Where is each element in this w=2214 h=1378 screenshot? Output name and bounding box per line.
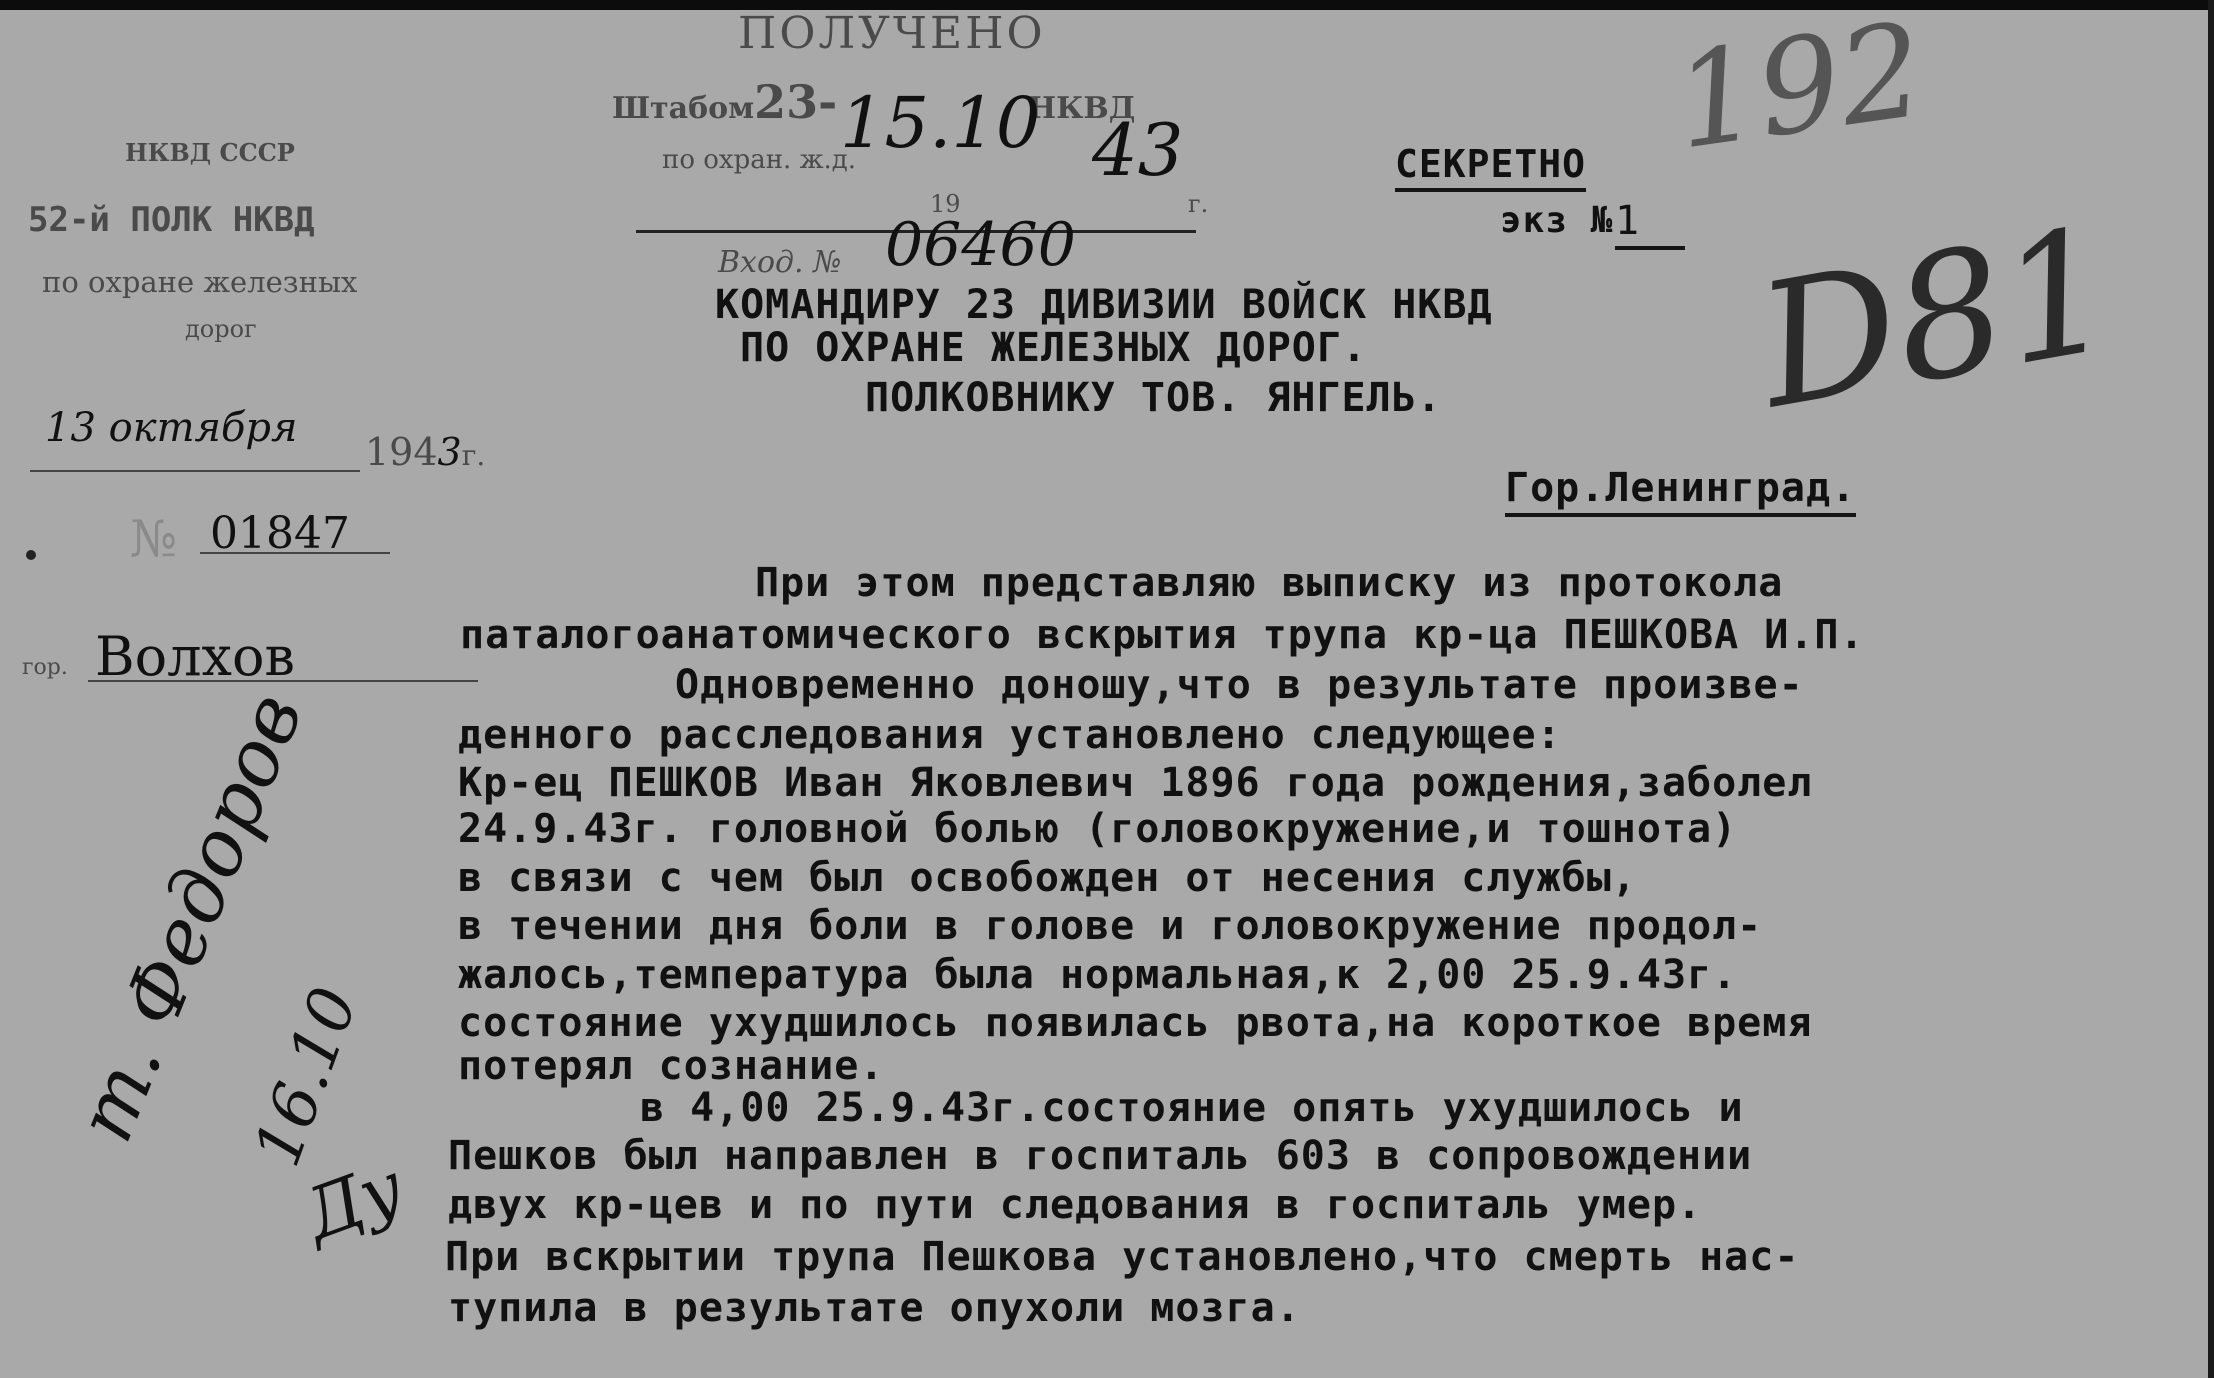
copy-number: 1 (1615, 198, 1685, 250)
number-underline (200, 552, 390, 554)
body-line: в связи с чем был освобожден от несения … (458, 855, 1637, 901)
addressee-line3: ПОЛКОВНИКУ ТОВ. ЯНГЕЛЬ. (865, 375, 1442, 421)
body-line: жалось,температура была нормальная,к 2,0… (458, 952, 1737, 998)
classification-label: СЕКРЕТНО (1395, 142, 1586, 192)
body-line: тупила в результате опухоли мозга. (448, 1285, 1301, 1331)
received-line2: по охран. ж.д. (662, 145, 856, 175)
body-line: 24.9.43г. головной болью (головокружение… (458, 806, 1737, 852)
body-line: потерял сознание. (458, 1043, 884, 1089)
scan-right-edge (2208, 0, 2214, 1378)
body-line: в течении дня боли в голове и головокруж… (458, 903, 1762, 949)
received-incoming-label: Вход. № (718, 245, 842, 280)
body-line: состояние ухудшилось появилась рвота,на … (458, 1000, 1812, 1046)
received-year-suffix: г. (1188, 190, 1208, 218)
body-line: двух кр-цев и по пути следования в госпи… (448, 1182, 1702, 1228)
body-line: паталогоанатомического вскрытия трупа кр… (460, 612, 1865, 658)
ink-dot (26, 550, 36, 560)
received-date: 15.10 (840, 82, 1040, 164)
outgoing-number-label: № (130, 510, 177, 568)
body-line: Пешков был направлен в госпиталь 603 в с… (448, 1133, 1752, 1179)
city-label: гор. (22, 655, 68, 680)
stamp-org: НКВД СССР (125, 138, 295, 167)
city-value: Волхов (95, 625, 295, 688)
archive-sheet-number: 192 (1666, 0, 1933, 179)
outgoing-date: 13 октября (45, 405, 298, 451)
margin-resolution-date: 16.10 (241, 978, 373, 1175)
sender-stamp: НКВД СССР 52-й ПОЛК НКВД по охране желез… (0, 0, 520, 360)
incoming-number: 06460 (885, 210, 1076, 280)
body-line: денного расследования установлено следую… (458, 712, 1562, 758)
stamp-unit: 52-й ПОЛК НКВД (28, 200, 315, 240)
archive-mark: D81 (1745, 191, 2127, 447)
place-of-issue: Гор.Ленинград. (1505, 465, 1856, 517)
body-line: Кр-ец ПЕШКОВ Иван Яковлевич 1896 года ро… (458, 760, 1812, 806)
body-line: При этом представляю выписку из протокол… (755, 560, 1783, 606)
body-line: в 4,00 25.9.43г.состояние опять ухудшило… (640, 1085, 1744, 1131)
stamp-line4: дорог (185, 315, 257, 343)
date-underline (30, 470, 360, 472)
copy-label: экз № (1500, 200, 1613, 241)
body-line: При вскрытии трупа Пешкова установлено,ч… (445, 1234, 1799, 1280)
addressee-line2: ПО ОХРАНЕ ЖЕЛЕЗНЫХ ДОРОГ. (740, 325, 1367, 371)
received-title: ПОЛУЧЕНО (738, 8, 1046, 59)
body-line: Одновременно доношу,что в результате про… (675, 662, 1804, 708)
city-underline (88, 680, 478, 682)
received-year: 43 (1092, 108, 1184, 192)
outgoing-year: 1943г. (365, 430, 485, 474)
addressee-line1: КОМАНДИРУ 23 ДИВИЗИИ ВОЙСК НКВД (715, 282, 1493, 328)
stamp-line3: по охране железных (42, 265, 357, 299)
